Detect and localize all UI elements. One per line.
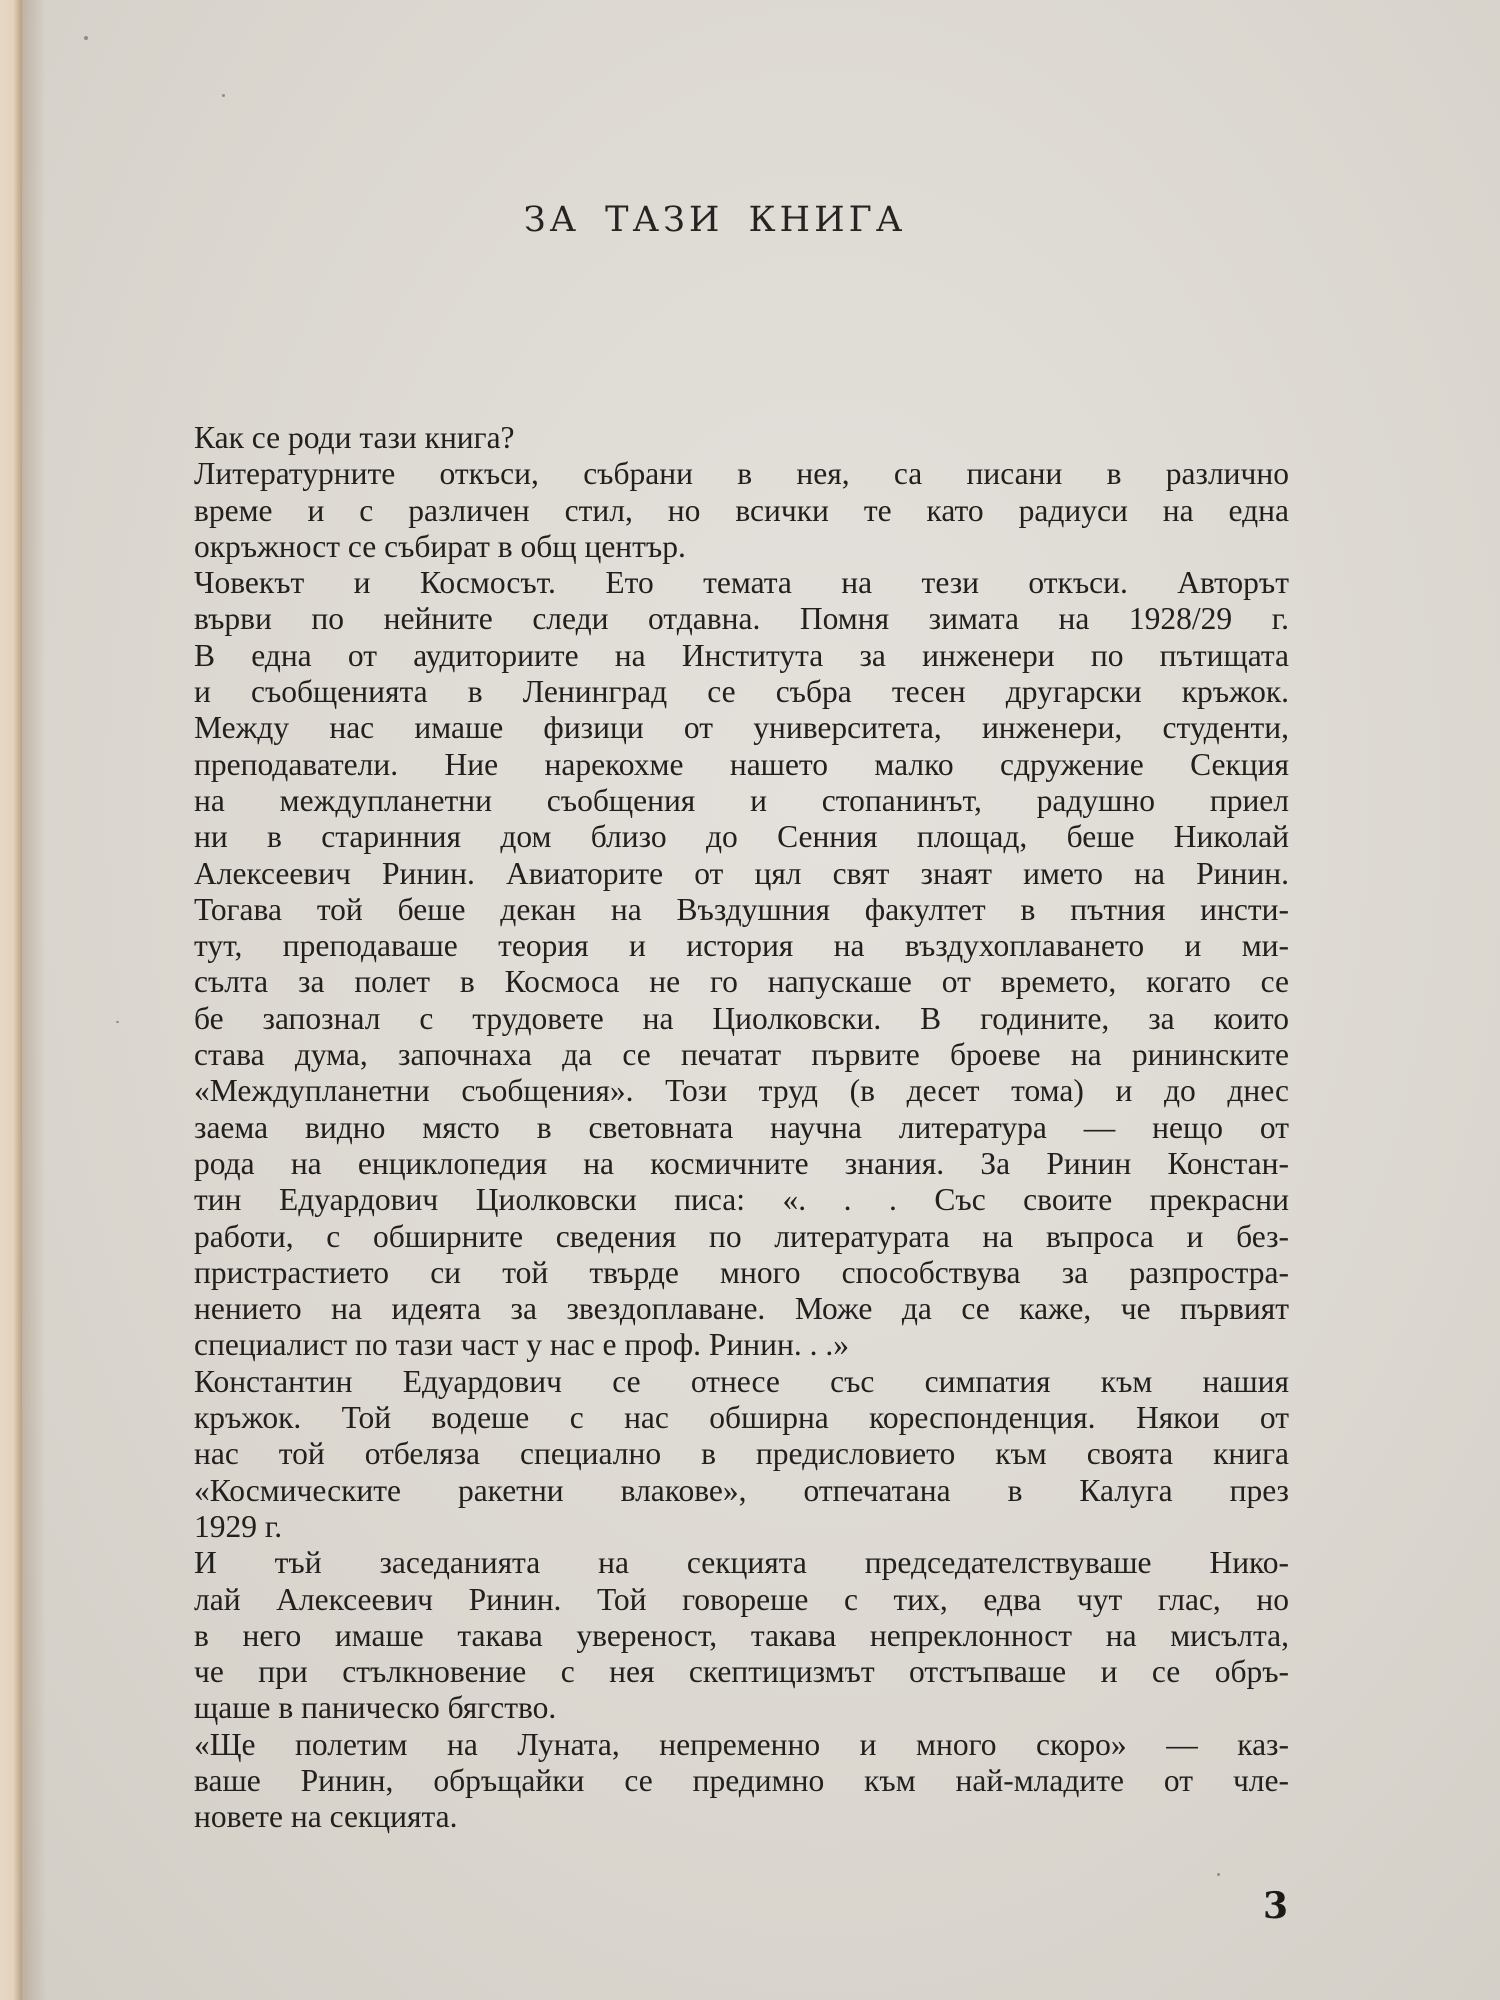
paper-speck [1217, 1873, 1220, 1876]
text-line: че при стълкновение с нея скептицизмът о… [194, 1654, 1289, 1690]
text-line: «Междупланетни съобщения». Този труд (в … [194, 1073, 1289, 1109]
text-line: Литературните откъси, събрани в нея, са … [194, 456, 1289, 492]
paper-speck [222, 94, 225, 97]
text-line: И тъй заседанията на секцията председате… [194, 1545, 1289, 1581]
text-line: преподаватели. Ние нарекохме нашето малк… [194, 747, 1289, 783]
text-line: пристрастието си той твърде много способ… [194, 1255, 1289, 1291]
text-line: сълта за полет в Космоса не го напускаше… [194, 964, 1289, 1000]
text-line: тин Едуардович Циолковски писа: «. . . С… [194, 1182, 1289, 1218]
text-line: щаше в паническо бягство. [194, 1690, 1289, 1726]
text-line: Константин Едуардович се отнесе със симп… [194, 1364, 1289, 1400]
text-line: нас той отбеляза специално в предисловие… [194, 1436, 1289, 1472]
text-line: време и с различен стил, но всички те ка… [194, 493, 1289, 529]
paper-speck [84, 36, 88, 40]
text-line: Тогава той беше декан на Въздушния факул… [194, 892, 1289, 928]
book-spine-edge [0, 0, 22, 2000]
text-line: бе запознал с трудовете на Циолковски. В… [194, 1001, 1289, 1037]
text-line: кръжок. Той водеше с нас обширна кореспо… [194, 1400, 1289, 1436]
text-line: Между нас имаше физици от университета, … [194, 710, 1289, 746]
text-line: в него имаше такава увереност, такава не… [194, 1618, 1289, 1654]
text-line: окръжност се събират в общ център. [194, 529, 1289, 565]
text-line: става дума, започнаха да се печатат първ… [194, 1037, 1289, 1073]
text-line: заема видно място в световната научна ли… [194, 1110, 1289, 1146]
text-line: работи, с обширните сведения по литерату… [194, 1219, 1289, 1255]
text-line: Алексеевич Ринин. Авиаторите от цял свят… [194, 856, 1289, 892]
chapter-title: ЗА ТАЗИ КНИГА [0, 200, 1430, 240]
text-line: В една от аудиториите на Института за ин… [194, 638, 1289, 674]
body-text: Как се роди тази книга?Литературните отк… [194, 420, 1289, 1836]
gutter-shadow [22, 0, 46, 2000]
text-line: върви по нейните следи отдавна. Помня зи… [194, 601, 1289, 637]
text-line: 1929 г. [194, 1509, 1289, 1545]
paper-speck [116, 1021, 119, 1023]
text-line: Човекът и Космосът. Ето темата на тези о… [194, 565, 1289, 601]
text-line: рода на енциклопедия на космичните знани… [194, 1146, 1289, 1182]
text-line: лай Алексеевич Ринин. Той говореше с тих… [194, 1582, 1289, 1618]
text-line: «Ще полетим на Луната, непременно и мног… [194, 1727, 1289, 1763]
book-page: ЗА ТАЗИ КНИГА Как се роди тази книга?Лит… [0, 0, 1500, 2000]
text-line: новете на секцията. [194, 1799, 1289, 1835]
text-line: тут, преподаваше теория и история на въз… [194, 928, 1289, 964]
text-line: специалист по тази част у нас е проф. Ри… [194, 1327, 1289, 1363]
text-line: ни в старинния дом близо до Сенния площа… [194, 819, 1289, 855]
text-line: ваше Ринин, обръщайки се предимно към на… [194, 1763, 1289, 1799]
text-line: «Космическите ракетни влакове», отпечата… [194, 1473, 1289, 1509]
text-line: и съобщенията в Ленинград се събра тесен… [194, 674, 1289, 710]
text-line: на междупланетни съобщения и стопанинът,… [194, 783, 1289, 819]
text-line: нението на идеята за звездоплаване. Може… [194, 1291, 1289, 1327]
text-line: Как се роди тази книга? [194, 420, 1289, 456]
page-number: 3 [1263, 1885, 1288, 1927]
